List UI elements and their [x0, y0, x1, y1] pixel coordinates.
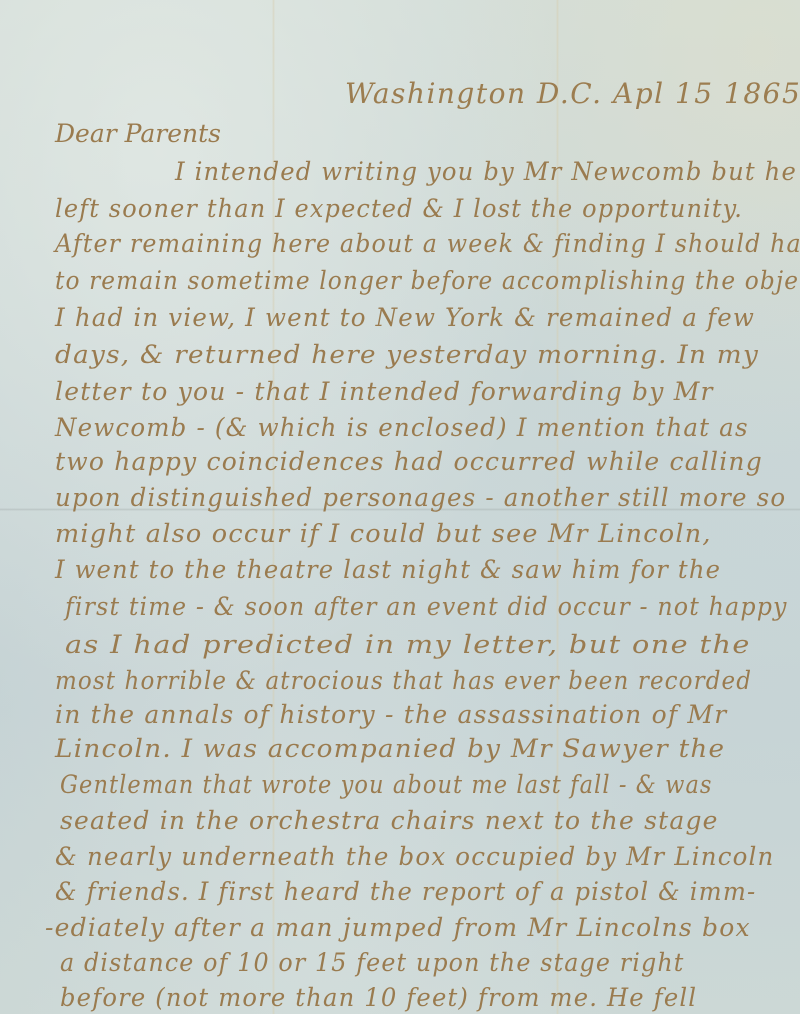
letter-line: letter to you - that I intended forwardi…: [55, 379, 714, 404]
letter-line: as I had predicted in my letter, but one…: [65, 632, 751, 657]
letter-line: before (not more than 10 feet) from me. …: [60, 985, 697, 1010]
letter-line: Gentleman that wrote you about me last f…: [60, 772, 713, 797]
letter-line: a distance of 10 or 15 feet upon the sta…: [60, 950, 684, 975]
letter-page: Washington D.C. Apl 15 1865 Dear Parents…: [0, 0, 800, 1014]
letter-line: I went to the theatre last night & saw h…: [55, 557, 721, 582]
letter-line: & friends. I first heard the report of a…: [55, 879, 756, 904]
dateline: Washington D.C. Apl 15 1865: [345, 77, 800, 110]
letter-line: I intended writing you by Mr Newcomb but…: [175, 159, 797, 184]
letter-line: Lincoln. I was accompanied by Mr Sawyer …: [55, 736, 725, 761]
letter-line: left sooner than I expected & I lost the…: [55, 196, 743, 221]
letter-line: Newcomb - (& which is enclosed) I mentio…: [55, 415, 749, 440]
salutation: Dear Parents: [55, 119, 221, 148]
letter-line: in the annals of history - the assassina…: [55, 702, 727, 727]
letter-line: & nearly underneath the box occupied by …: [55, 844, 774, 869]
letter-line: two happy coincidences had occurred whil…: [55, 449, 763, 474]
letter-line: to remain sometime longer before accompl…: [55, 268, 800, 293]
letter-line: I had in view, I went to New York & rema…: [55, 305, 755, 330]
handwritten-letter: Washington D.C. Apl 15 1865 Dear Parents…: [0, 0, 800, 1014]
letter-line: seated in the orchestra chairs next to t…: [60, 808, 719, 833]
letter-line: first time - & soon after an event did o…: [65, 594, 788, 619]
letter-line: most horrible & atrocious that has ever …: [55, 668, 752, 693]
letter-line: might also occur if I could but see Mr L…: [55, 521, 712, 546]
letter-line: days, & returned here yesterday morning.…: [55, 342, 759, 367]
letter-line: After remaining here about a week & find…: [55, 231, 800, 256]
letter-line: upon distinguished personages - another …: [55, 485, 786, 510]
letter-line: -ediately after a man jumped from Mr Lin…: [45, 915, 751, 940]
